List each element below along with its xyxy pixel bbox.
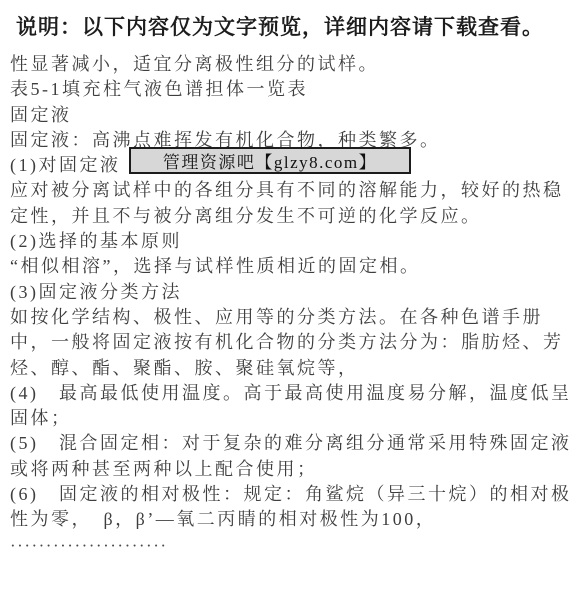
content-line: 性为零， β，β’—氧二丙睛的相对极性为100， <box>10 507 576 532</box>
watermark-text: 管理资源吧【glzy8.com】 <box>163 148 377 173</box>
preview-notice: 说明：以下内容仅为文字预览，详细内容请下载查看。 <box>16 11 544 41</box>
document-preview-page: 说明：以下内容仅为文字预览，详细内容请下载查看。 性显著减小，适宜分离极性组分的… <box>0 0 578 600</box>
content-line: 中，一般将固定液按有机化合物的分类方法分为：脂肪烃、芳 <box>10 330 576 355</box>
content-line: 性显著减小，适宜分离极性组分的试样。 <box>10 52 576 77</box>
content-line: “相似相溶”，选择与试样性质相近的固定相。 <box>10 254 576 279</box>
content-line: 或将两种甚至两种以上配合使用； <box>10 457 576 482</box>
content-line: (3)固定液分类方法 <box>10 280 576 305</box>
content-line: (5) 混合固定相：对于复杂的难分离组分通常采用特殊固定液 <box>10 431 576 456</box>
content-line: 固体； <box>10 406 576 431</box>
watermark-box: 管理资源吧【glzy8.com】 <box>129 147 411 174</box>
ellipsis-dots-line: ······················ <box>10 533 576 558</box>
content-line: (6) 固定液的相对极性：规定：角鲨烷（异三十烷）的相对极 <box>10 482 576 507</box>
content-line: 表5-1填充柱气液色谱担体一览表 <box>10 77 576 102</box>
content-line: 定性，并且不与被分离组分发生不可逆的化学反应。 <box>10 204 576 229</box>
content-line: 固定液 <box>10 103 576 128</box>
content-line: 应对被分离试样中的各组分具有不同的溶解能力，较好的热稳 <box>10 178 576 203</box>
content-line: 烃、醇、酯、聚酯、胺、聚硅氧烷等， <box>10 356 576 381</box>
content-line: (2)选择的基本原则 <box>10 229 576 254</box>
document-body: 性显著减小，适宜分离极性组分的试样。 表5-1填充柱气液色谱担体一览表 固定液 … <box>10 52 576 558</box>
content-line: 如按化学结构、极性、应用等的分类方法。在各种色谱手册 <box>10 305 576 330</box>
content-line: (4) 最高最低使用温度。高于最高使用温度易分解，温度低呈 <box>10 381 576 406</box>
